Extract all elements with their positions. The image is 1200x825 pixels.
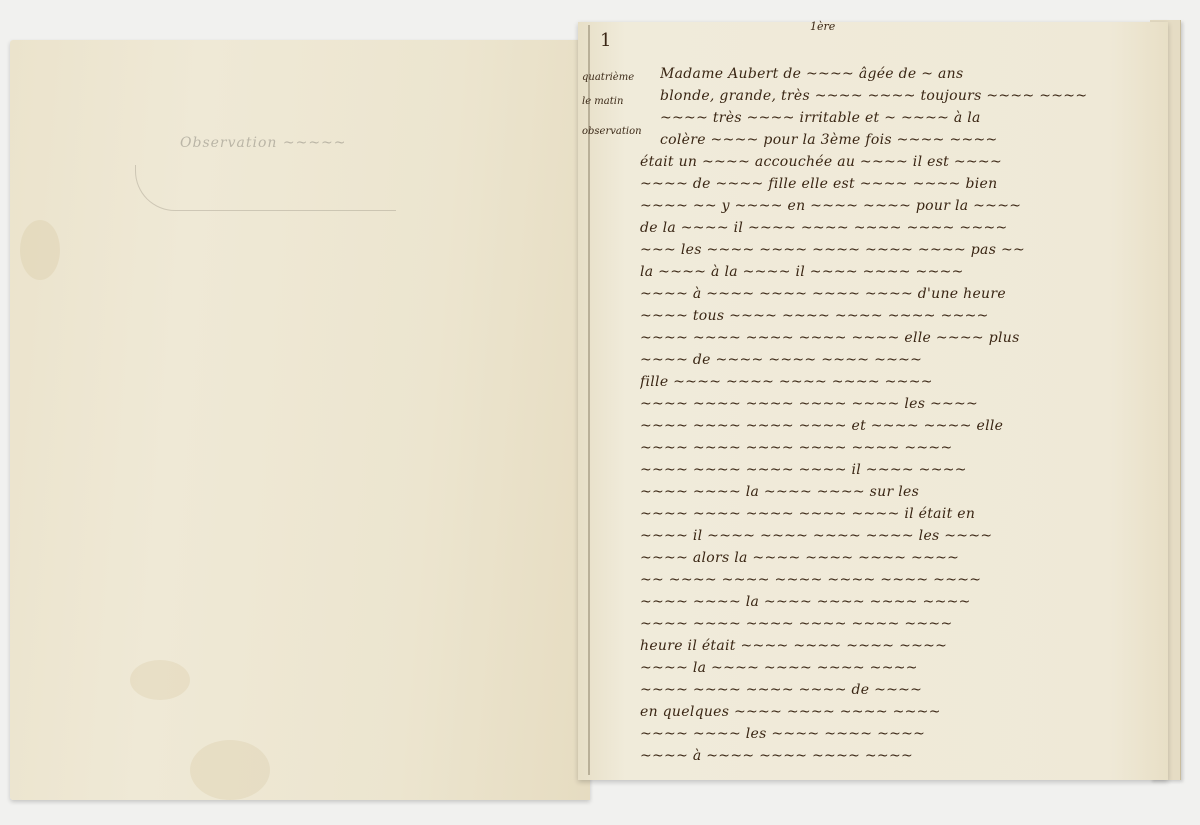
manuscript-line: ~~~~ de ~~~~ ~~~~ ~~~~ ~~~~ xyxy=(640,352,1150,368)
manuscript-line: ~~~~ ~~~~ ~~~~ ~~~~ ~~~~ ~~~~ xyxy=(640,440,1150,456)
margin-note: observation xyxy=(582,126,642,137)
manuscript-line: en quelques ~~~~ ~~~~ ~~~~ ~~~~ xyxy=(640,704,1150,720)
manuscript-line: fille ~~~~ ~~~~ ~~~~ ~~~~ ~~~~ xyxy=(640,374,1150,390)
manuscript-line: ~~~~ ~~~~ la ~~~~ ~~~~ ~~~~ ~~~~ xyxy=(640,594,1150,610)
manuscript-line: ~~~~ ~~~~ ~~~~ ~~~~ ~~~~ ~~~~ xyxy=(640,616,1150,632)
manuscript-line: Madame Aubert de ~~~~ âgée de ~ ans xyxy=(660,66,1170,82)
manuscript-line: ~~~~ alors la ~~~~ ~~~~ ~~~~ ~~~~ xyxy=(640,550,1150,566)
page-number: 1 xyxy=(600,30,611,51)
manuscript-line: de la ~~~~ il ~~~~ ~~~~ ~~~~ ~~~~ ~~~~ xyxy=(640,220,1150,236)
manuscript-line: ~~~~ ~~~~ ~~~~ ~~~~ et ~~~~ ~~~~ elle xyxy=(640,418,1150,434)
manuscript-line: ~~~~ tous ~~~~ ~~~~ ~~~~ ~~~~ ~~~~ xyxy=(640,308,1150,324)
paper-stain xyxy=(190,740,270,800)
manuscript-line: colère ~~~~ pour la 3ème fois ~~~~ ~~~~ xyxy=(660,132,1170,148)
manuscript-line: était un ~~~~ accouchée au ~~~~ il est ~… xyxy=(640,154,1150,170)
manuscript-line: ~~~~ ~~~~ la ~~~~ ~~~~ sur les xyxy=(640,484,1150,500)
faint-heading: Observation ~~~~~ xyxy=(180,135,347,151)
ordinal-mark: 1ère xyxy=(810,20,835,33)
manuscript-line: ~~~~ très ~~~~ irritable et ~ ~~~~ à la xyxy=(660,110,1170,126)
manuscript-line: heure il était ~~~~ ~~~~ ~~~~ ~~~~ xyxy=(640,638,1150,654)
margin-note: quatrième xyxy=(582,72,634,83)
manuscript-line: ~~~~ ~~~~ ~~~~ ~~~~ ~~~~ il était en xyxy=(640,506,1150,522)
manuscript-line: blonde, grande, très ~~~~ ~~~~ toujours … xyxy=(660,88,1170,104)
manuscript-line: ~~~~ la ~~~~ ~~~~ ~~~~ ~~~~ xyxy=(640,660,1150,676)
paper-stain xyxy=(130,660,190,700)
manuscript-photo: Observation ~~~~~ 1 1ère quatrième le ma… xyxy=(0,0,1200,825)
faint-flourish xyxy=(135,165,396,211)
margin-rule xyxy=(588,25,590,775)
manuscript-line: ~~~~ ~~~~ les ~~~~ ~~~~ ~~~~ xyxy=(640,726,1150,742)
manuscript-line: ~~~~ ~~ y ~~~~ en ~~~~ ~~~~ pour la ~~~~ xyxy=(640,198,1150,214)
manuscript-line: ~~~~ de ~~~~ fille elle est ~~~~ ~~~~ bi… xyxy=(640,176,1150,192)
manuscript-line: ~~~ les ~~~~ ~~~~ ~~~~ ~~~~ ~~~~ pas ~~ xyxy=(640,242,1150,258)
manuscript-line: ~~~~ ~~~~ ~~~~ ~~~~ ~~~~ les ~~~~ xyxy=(640,396,1150,412)
margin-note: le matin xyxy=(582,96,623,107)
manuscript-line: ~~~~ à ~~~~ ~~~~ ~~~~ ~~~~ xyxy=(640,748,1150,764)
manuscript-line: ~~~~ ~~~~ ~~~~ ~~~~ ~~~~ elle ~~~~ plus xyxy=(640,330,1150,346)
manuscript-line: ~~~~ ~~~~ ~~~~ ~~~~ il ~~~~ ~~~~ xyxy=(640,462,1150,478)
manuscript-line: la ~~~~ à la ~~~~ il ~~~~ ~~~~ ~~~~ xyxy=(640,264,1150,280)
manuscript-line: ~~ ~~~~ ~~~~ ~~~~ ~~~~ ~~~~ ~~~~ xyxy=(640,572,1150,588)
paper-stain xyxy=(20,220,60,280)
manuscript-line: ~~~~ il ~~~~ ~~~~ ~~~~ ~~~~ les ~~~~ xyxy=(640,528,1150,544)
left-page: Observation ~~~~~ xyxy=(10,40,590,800)
manuscript-line: ~~~~ ~~~~ ~~~~ ~~~~ de ~~~~ xyxy=(640,682,1150,698)
manuscript-line: ~~~~ à ~~~~ ~~~~ ~~~~ ~~~~ d'une heure xyxy=(640,286,1150,302)
